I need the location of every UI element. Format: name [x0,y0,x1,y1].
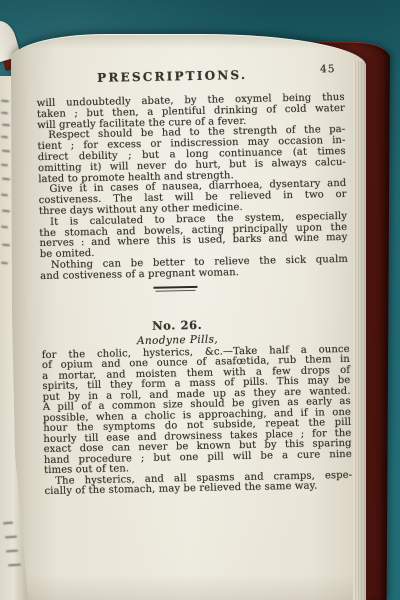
running-header: PRESCRIPTIONS. 45 [36,63,308,81]
section-heading: No. 26. Anodyne Pills, [41,315,314,348]
page-header-title: PRESCRIPTIONS. [97,68,247,85]
blurred-print-streak [1,226,8,229]
blurred-print-streak [2,210,10,213]
page-content: PRESCRIPTIONS. 45 will undoubtedly abate… [36,62,353,498]
paragraph: The hysterics, and all spasms and cramps… [44,471,352,498]
page-fore-edge [353,61,366,600]
blurred-print-streak [2,124,10,127]
blurred-print-streak [6,550,18,553]
top-paragraphs: will undoubtedly abate, by the oxymel be… [37,93,349,283]
blurred-print-streak [3,522,13,525]
divider-thin-rule [156,289,196,291]
blurred-print-streak [1,262,8,265]
blurred-print-streak [5,536,17,539]
blurred-print-streak [2,244,10,247]
book-page: PRESCRIPTIONS. 45 will undoubtedly abate… [11,34,366,600]
blurred-print-streak [2,178,10,181]
blurred-print-streak [1,194,8,197]
page-number: 45 [320,63,336,75]
paragraph: Nothing can be better to relieve the sic… [40,255,348,283]
paragraph: Respect should be had to the strength of… [37,125,346,185]
divider-thick-rule [153,285,197,288]
blurred-print-streak [1,100,9,103]
book-photo-scene: PRESCRIPTIONS. 45 will undoubtedly abate… [0,0,400,600]
section-divider [153,285,197,291]
blurred-print-streak [1,164,8,167]
paragraph: for the cholic, hysterics, &c.—Take half… [42,345,352,477]
blurred-print-streak [8,564,21,567]
blurred-print-streak [1,112,8,115]
section-paragraphs: for the cholic, hysterics, &c.—Take half… [42,345,353,498]
paragraph: It is calculated to brace the system, es… [39,212,348,261]
blurred-print-streak [1,136,8,139]
blurred-print-streak [2,150,10,153]
